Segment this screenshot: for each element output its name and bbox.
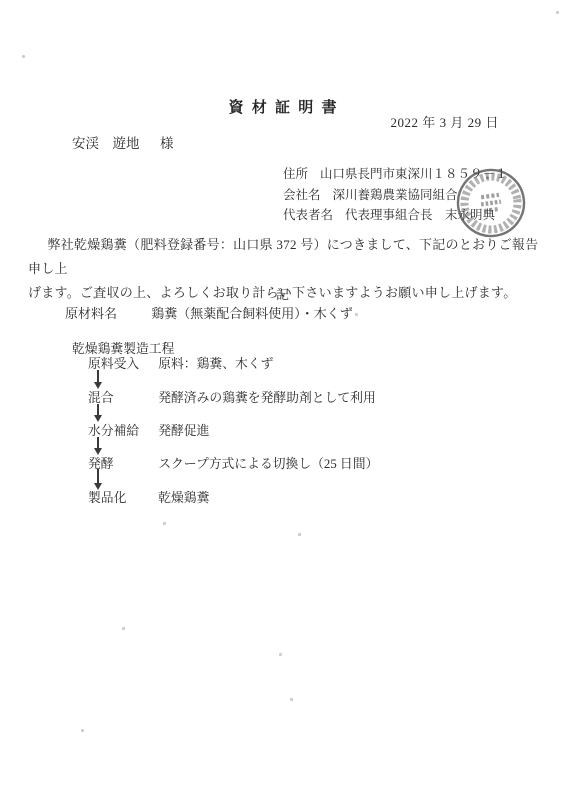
- down-arrow-icon: [97, 437, 99, 449]
- flow-step-label: 製品化: [88, 487, 155, 506]
- scan-speck: [122, 627, 125, 630]
- scan-speck: [298, 533, 301, 536]
- scan-speck: [163, 522, 166, 525]
- flow-step-mixing: 混合 発酵済みの鶏糞を発酵助剤として利用: [88, 387, 376, 406]
- flow-step-desc: 発酵済みの鶏糞を発酵助剤として利用: [158, 391, 376, 405]
- flow-step-moisture-supply: 水分補給 発酵促進: [88, 420, 209, 439]
- company-seal-stamp-icon: [454, 166, 528, 240]
- scanned-certificate-page: 資材証明書 2022 年 3 月 29 日 安渓 遊地 様 住所 山口県長門市東…: [0, 0, 565, 799]
- scan-speck: [290, 698, 293, 701]
- materials-label: 原材料名: [65, 303, 148, 322]
- flow-step-desc: 乾燥鶏糞: [158, 491, 209, 505]
- flow-step-desc: スクープ方式による切換し（25 日間）: [158, 457, 378, 471]
- address-label: 住所: [283, 164, 308, 185]
- scan-speck: [279, 653, 282, 656]
- scan-speck: [93, 296, 96, 299]
- document-date: 2022 年 3 月 29 日: [390, 112, 499, 131]
- scan-speck: [22, 55, 25, 58]
- recipient-row: 安渓 遊地 様: [72, 132, 140, 152]
- representative-label: 代表者名: [283, 205, 333, 226]
- flow-step-desc: 原料：鶏糞、木くず: [158, 357, 273, 371]
- materials-row: 原材料名 鶏糞（無薬配合飼料使用）・木くず: [65, 303, 353, 322]
- company-label: 会社名: [283, 185, 321, 206]
- flow-step-desc: 発酵促進: [158, 424, 209, 438]
- recipient-name: 安渓 遊地: [72, 136, 140, 151]
- flow-step-fermentation: 発酵 スクープ方式による切換し（25 日間）: [88, 453, 378, 472]
- flow-step-raw-material-receipt: 原料受入 原料：鶏糞、木くず: [88, 353, 273, 372]
- scan-speck: [355, 313, 358, 316]
- down-arrow-icon: [97, 469, 99, 484]
- down-arrow-icon: [97, 370, 99, 383]
- down-arrow-icon: [97, 404, 99, 416]
- scan-speck: [81, 729, 84, 732]
- scan-speck: [556, 11, 559, 14]
- body-line-1: 弊社乾燥鶏糞（肥料登録番号：山口県 372 号）につきまして、下記のとおりご報告…: [28, 233, 542, 281]
- ki-marker: 記: [0, 284, 565, 303]
- company-value: 深川養鶏農業協同組合: [333, 185, 458, 206]
- flow-step-productization: 製品化 乾燥鶏糞: [88, 487, 209, 506]
- materials-value: 鶏糞（無薬配合飼料使用）・木くず: [151, 306, 353, 321]
- recipient-honorific: 様: [160, 132, 174, 152]
